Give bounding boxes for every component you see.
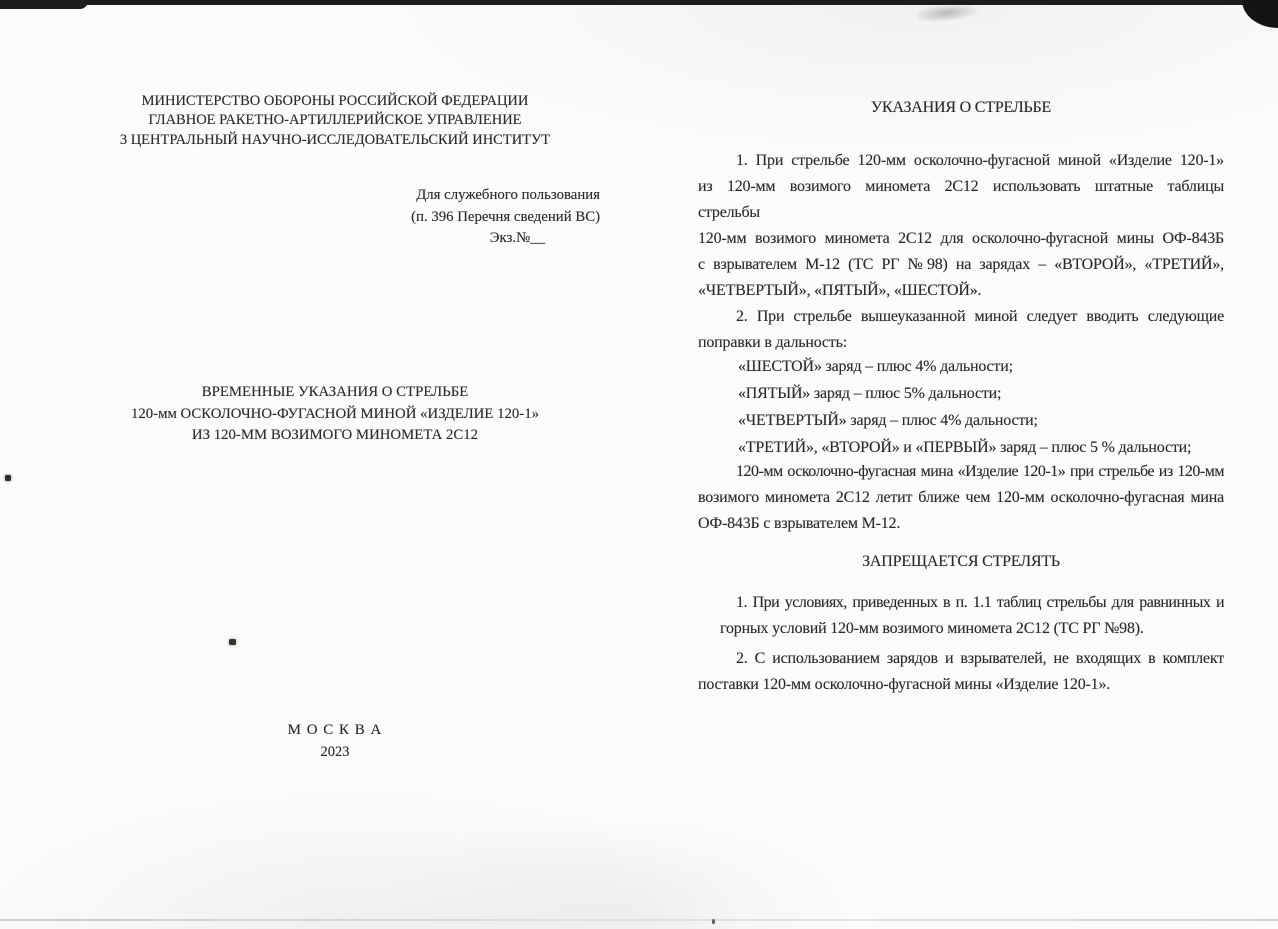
charge-corrections-list: «ШЕСТОЙ» заряд – плюс 4% дальности; «ПЯТ… (698, 353, 1224, 461)
section-heading-shooting: УКАЗАНИЯ О СТРЕЛЬБЕ (698, 99, 1224, 117)
ministry-header-line: 3 ЦЕНТРАЛЬНЫЙ НАУЧНО-ИССЛЕДОВАТЕЛЬСКИЙ И… (30, 131, 640, 150)
paragraph-line: стрельбы (698, 200, 1224, 226)
restriction-line: (п. 396 Перечня сведений ВС) (30, 207, 600, 229)
document-title: ВРЕМЕННЫЕ УКАЗАНИЯ О СТРЕЛЬБЕ 120-мм ОСК… (30, 382, 640, 447)
paragraph-forbidden-charges: 2. С использованием зарядов и взрывателе… (698, 646, 1224, 698)
list-item: «ТРЕТИЙ», «ВТОРОЙ» и «ПЕРВЫЙ» заряд – пл… (738, 434, 1224, 461)
restriction-line: Для служебного пользования (30, 185, 600, 207)
section-heading-forbidden: ЗАПРЕЩАЕТСЯ СТРЕЛЯТЬ (698, 553, 1224, 571)
paragraph-line: 1. При условиях, приведенных в п. 1.1 та… (698, 590, 1224, 616)
ministry-header-line: МИНИСТЕРСТВО ОБОРОНЫ РОССИЙСКОЙ ФЕДЕРАЦИ… (30, 92, 640, 111)
document-title-line: ИЗ 120-ММ ВОЗИМОГО МИНОМЕТА 2С12 (30, 425, 640, 447)
document-title-line: ВРЕМЕННЫЕ УКАЗАНИЯ О СТРЕЛЬБЕ (30, 382, 640, 404)
list-item: «ШЕСТОЙ» заряд – плюс 4% дальности; (738, 353, 1224, 380)
paragraph-use-standard-tables: 1. При стрельбе 120-мм осколочно-фугасно… (698, 148, 1224, 304)
paragraph-line: из 120-мм возимого миномета 2С12 использ… (698, 174, 1224, 200)
paragraph-line: поставки 120-мм осколочно-фугасной мины … (698, 672, 1224, 698)
paragraph-range-corrections: 2. При стрельбе вышеуказанной миной след… (698, 304, 1224, 356)
copy-number-line: Экз.№__ (30, 228, 600, 250)
list-item: «ПЯТЫЙ» заряд – плюс 5% дальности; (738, 380, 1224, 407)
paragraph-line: 1. При стрельбе 120-мм осколочно-фугасно… (698, 148, 1224, 174)
year-line: 2023 (30, 744, 640, 761)
scanned-document: МИНИСТЕРСТВО ОБОРОНЫ РОССИЙСКОЙ ФЕДЕРАЦИ… (0, 0, 1278, 929)
list-item: «ЧЕТВЕРТЫЙ» заряд – плюс 4% дальности; (738, 407, 1224, 434)
paragraph-line: горных условий 120-мм возимого миномета … (698, 616, 1224, 642)
paragraph-line: с взрывателем М-12 (ТС РГ №98) на заряда… (698, 252, 1224, 278)
scan-corner-artifact (1242, 0, 1278, 28)
paragraph-line: «ЧЕТВЕРТЫЙ», «ПЯТЫЙ», «ШЕСТОЙ». (698, 278, 1224, 304)
paragraph-line: возимого миномета 2С12 летит ближе чем 1… (698, 485, 1224, 511)
paragraph-flight-range-note: 120-мм осколочно-фугасная мина «Изделие … (698, 459, 1224, 537)
paragraph-line: 2. При стрельбе вышеуказанной миной след… (698, 304, 1224, 330)
paragraph-line: 120-мм возимого миномета 2С12 для осколо… (698, 226, 1224, 252)
paragraph-line: ОФ-843Б с взрывателем М-12. (698, 511, 1224, 537)
scan-speck-left-margin (5, 475, 11, 481)
paragraph-forbidden-conditions: 1. При условиях, приведенных в п. 1.1 та… (698, 590, 1224, 642)
content-page: УКАЗАНИЯ О СТРЕЛЬБЕ 1. При стрельбе 120-… (698, 0, 1224, 929)
title-page: МИНИСТЕРСТВО ОБОРОНЫ РОССИЙСКОЙ ФЕДЕРАЦИ… (30, 0, 640, 929)
restriction-stamp: Для служебного пользования (п. 396 Переч… (30, 185, 600, 250)
paragraph-line: 120-мм осколочно-фугасная мина «Изделие … (698, 459, 1224, 485)
city-line: М О С К В А (30, 722, 640, 739)
paragraph-line: 2. С использованием зарядов и взрывателе… (698, 646, 1224, 672)
ministry-header: МИНИСТЕРСТВО ОБОРОНЫ РОССИЙСКОЙ ФЕДЕРАЦИ… (30, 92, 640, 150)
document-title-line: 120-мм ОСКОЛОЧНО-ФУГАСНОЙ МИНОЙ «ИЗДЕЛИЕ… (30, 404, 640, 426)
ministry-header-line: ГЛАВНОЕ РАКЕТНО-АРТИЛЛЕРИЙСКОЕ УПРАВЛЕНИ… (30, 111, 640, 130)
